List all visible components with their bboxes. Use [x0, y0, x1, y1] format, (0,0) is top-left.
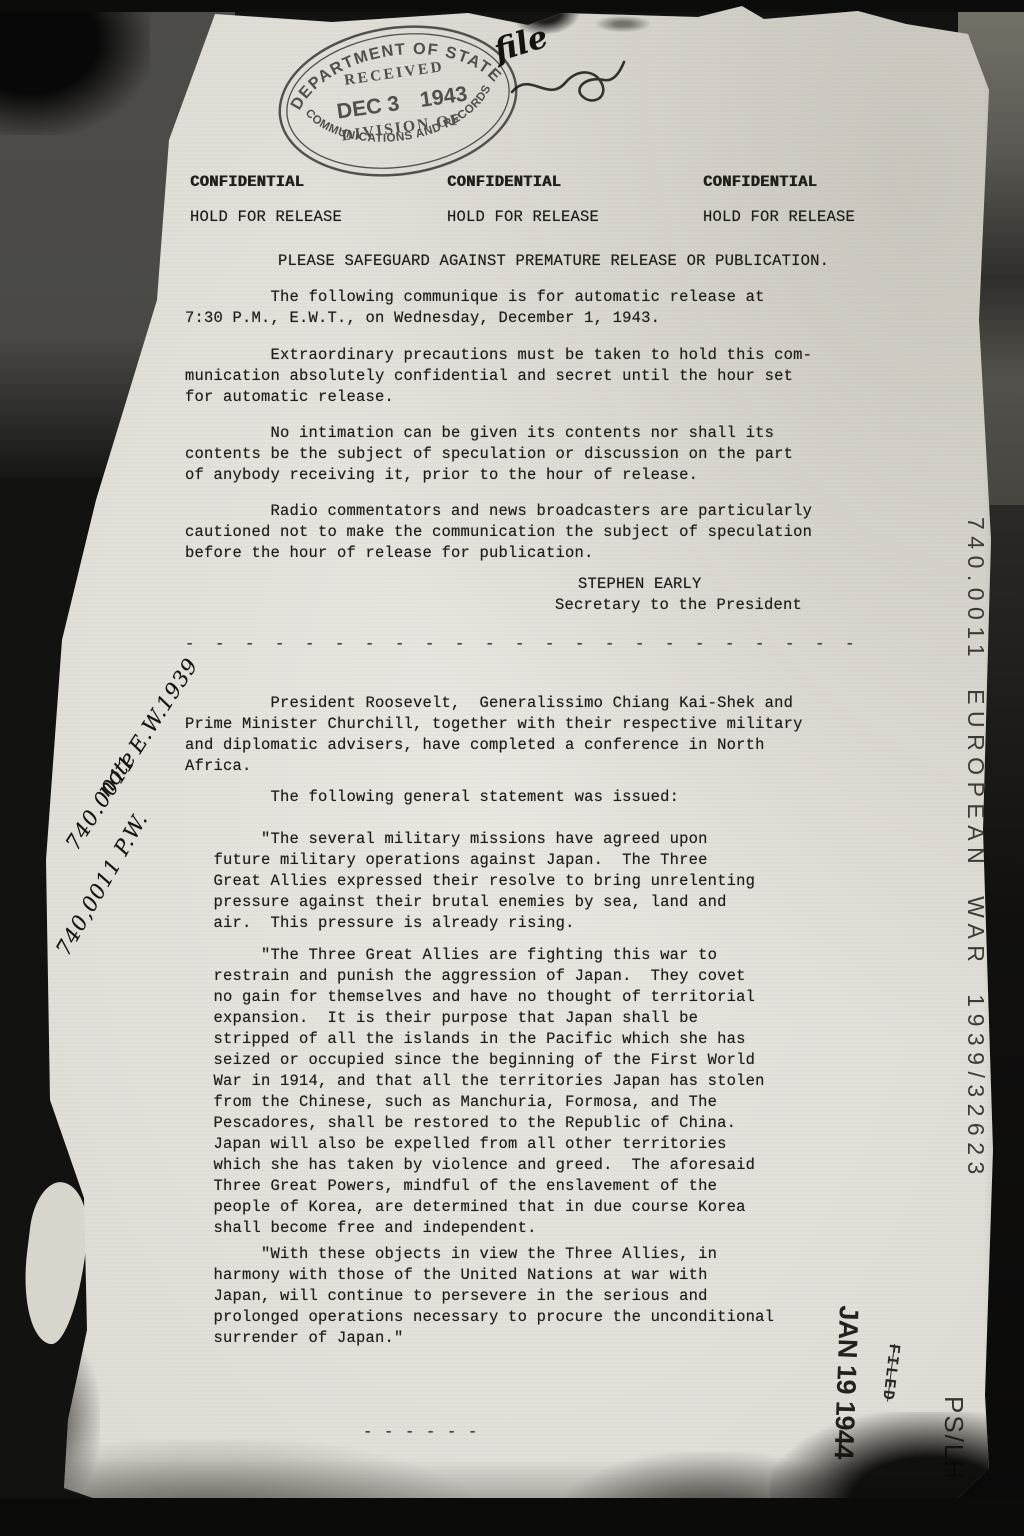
filed-date-stamp: JAN 19 1944 [828, 1305, 864, 1460]
quote-persevere: "With these objects in view the Three Al… [185, 1244, 885, 1349]
stamp-date-year: 1943 [418, 82, 468, 112]
quote-territories: "The Three Great Allies are fighting thi… [185, 945, 885, 1239]
background-corner-blotch [0, 0, 150, 135]
background-top-band [0, 0, 1024, 12]
signature-title: Secretary to the President [555, 595, 802, 616]
release-paragraph: The following communique is for automati… [185, 287, 865, 329]
hold-for-release-1: HOLD FOR RELEASE [190, 207, 342, 228]
confidential-label-2: CONFIDENTIAL [447, 172, 561, 193]
hold-for-release-3: HOLD FOR RELEASE [703, 207, 855, 228]
safeguard-notice: PLEASE SAFEGUARD AGAINST PREMATURE RELEA… [278, 251, 829, 272]
handwritten-flourish [508, 52, 628, 116]
end-dashes: - - - - - - [363, 1422, 478, 1443]
quote-military-missions: "The several military missions have agre… [185, 829, 885, 934]
background-paper-sliver [16, 1179, 93, 1347]
precautions-paragraph: Extraordinary precautions must be taken … [185, 345, 865, 408]
scanned-document-page: DEPARTMENT OF STATE COMMUNICATIONS AND R… [0, 0, 1024, 1536]
dashed-separator: - - - - - - - - - - - - - - - - - - - - … [185, 634, 885, 655]
confidential-label-3: CONFIDENTIAL [703, 172, 817, 193]
signature-name: STEPHEN EARLY [578, 574, 702, 595]
clerk-initials-vertical: PS/LH [938, 1396, 969, 1481]
ink-smudge-left-edge [40, 1330, 100, 1510]
filed-stamp: FILED [878, 1343, 903, 1403]
stamp-date-day: DEC 3 [335, 91, 401, 124]
statement-lead: The following general statement was issu… [185, 787, 885, 808]
hold-for-release-2: HOLD FOR RELEASE [447, 207, 599, 228]
conference-paragraph: President Roosevelt, Generalissimo Chian… [185, 693, 885, 777]
background-bottom-band [0, 1498, 1024, 1536]
torn-edge-mark-2 [596, 16, 650, 32]
radio-paragraph: Radio commentators and news broadcasters… [185, 501, 865, 564]
no-intimation-paragraph: No intimation can be given its contents … [185, 423, 865, 486]
confidential-label-1: CONFIDENTIAL [190, 172, 304, 193]
